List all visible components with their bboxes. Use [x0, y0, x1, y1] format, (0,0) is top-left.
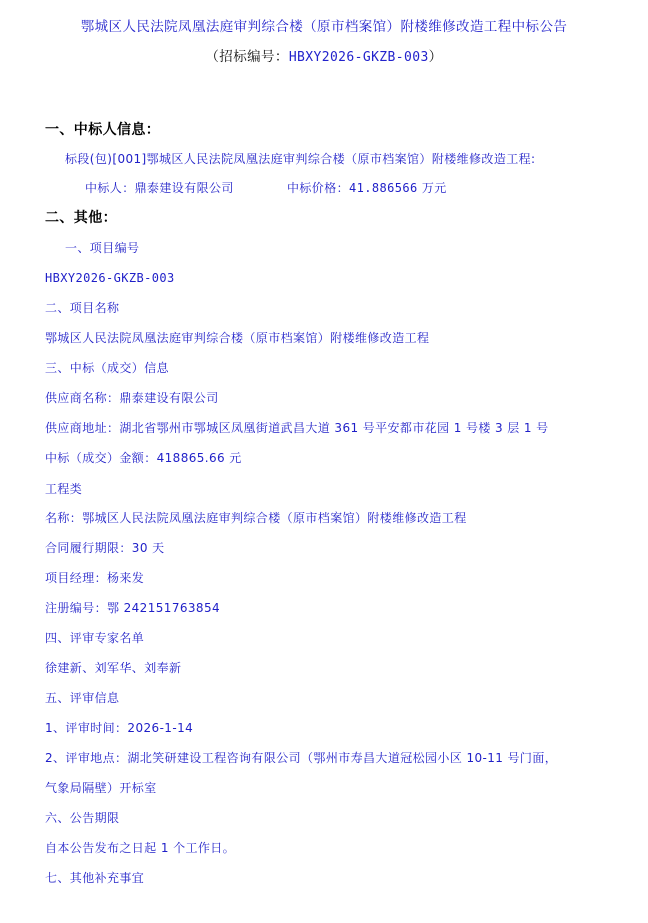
item-project-name-heading: 二、项目名称 — [45, 300, 119, 316]
price-line: 中标价格：41.886566 万元 — [287, 180, 447, 196]
section-winner-heading: 一、中标人信息： — [45, 122, 160, 138]
engineering-name: 名称：鄂城区人民法院凤凰法庭审判综合楼（原市档案馆）附楼维修改造工程 — [45, 510, 467, 526]
review-location: 2、评审地点：湖北笑研建设工程咨询有限公司（鄂州市寿昌大道冠松园小区 10-11… — [45, 750, 557, 766]
item-expert-list-heading: 四、评审专家名单 — [45, 630, 144, 646]
supplier-address: 供应商地址：湖北省鄂州市鄂城区凤凰街道武昌大道 361 号平安都市花园 1 号楼… — [45, 420, 549, 436]
contract-period: 合同履行期限：30 天 — [45, 540, 165, 556]
item-other-matters-heading: 七、其他补充事宜 — [45, 870, 144, 886]
tender-number-suffix: ） — [429, 49, 443, 65]
price-value: 41.886566 — [349, 181, 418, 195]
price-label: 中标价格： — [287, 181, 349, 195]
project-number-value: HBXY2026-GKZB-003 — [45, 270, 175, 286]
tender-number-code: HBXY2026-GKZB-003 — [289, 50, 429, 65]
review-time: 1、评审时间：2026-1-14 — [45, 720, 193, 736]
section-other-heading: 二、其他： — [45, 210, 117, 226]
price-unit: 万元 — [422, 181, 447, 195]
item-project-number-heading: 一、项目编号 — [65, 240, 139, 256]
tender-number-prefix: （招标编号： — [205, 49, 288, 65]
item-review-info-heading: 五、评审信息 — [45, 690, 119, 706]
lot-line: 标段(包)[001]鄂城区人民法院凤凰法庭审判综合楼（原市档案馆）附楼维修改造工… — [65, 151, 535, 167]
review-location-cont: 气象局隔壁）开标室 — [45, 780, 157, 796]
winner-line: 中标人：鼎泰建设有限公司 — [85, 180, 234, 196]
item-notice-period-heading: 六、公告期限 — [45, 810, 119, 826]
tender-number-line: （招标编号：HBXY2026-GKZB-003） — [0, 49, 648, 66]
project-manager: 项目经理：杨来发 — [45, 570, 144, 586]
award-amount: 中标（成交）金额：418865.66 元 — [45, 450, 242, 466]
engineering-category: 工程类 — [45, 481, 82, 497]
notice-period-value: 自本公告发布之日起 1 个工作日。 — [45, 840, 235, 856]
project-name-value: 鄂城区人民法院凤凰法庭审判综合楼（原市档案馆）附楼维修改造工程 — [45, 330, 429, 346]
page-title: 鄂城区人民法院凤凰法庭审判综合楼（原市档案馆）附楼维修改造工程中标公告 — [0, 19, 648, 35]
supplier-name: 供应商名称：鼎泰建设有限公司 — [45, 390, 219, 406]
registration-number: 注册编号：鄂 242151763854 — [45, 600, 220, 616]
winner-label: 中标人： — [85, 181, 135, 195]
item-award-info-heading: 三、中标（成交）信息 — [45, 360, 169, 376]
winner-value: 鼎泰建设有限公司 — [135, 181, 234, 195]
expert-names: 徐建新、刘军华、刘奉新 — [45, 660, 181, 676]
